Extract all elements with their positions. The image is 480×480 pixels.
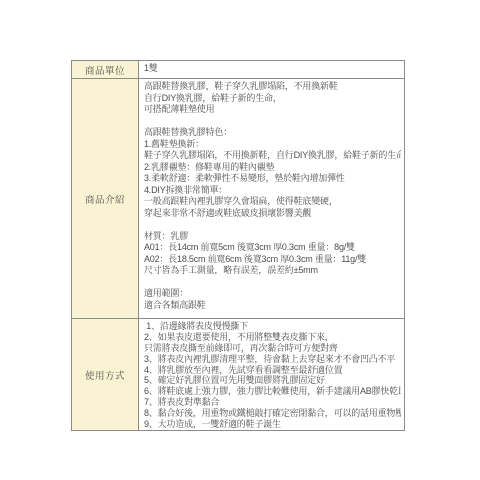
- row-value-product-intro: 高跟鞋替換乳膠，鞋子穿久乳膠塌陷，不用換新鞋自行DIY換乳膠，給鞋子新的生命，可…: [139, 79, 404, 318]
- text-line: [144, 219, 401, 231]
- text-line: 6、將鞋底處上強力膠，強力膠比較難使用，新手建議用AB膠快乾即可: [144, 386, 401, 397]
- text-line: 4、將乳膠放至內裡，先試穿看看調整至最舒適位置: [144, 365, 401, 376]
- text-line: A01：長14cm 前寬5cm 後寬3cm 厚0.3cm 重量：8g/雙: [144, 242, 401, 254]
- text-line: 尺寸皆為手工測量，略有誤差，誤差約±5mm: [144, 265, 401, 277]
- text-line: 自行DIY換乳膠，給鞋子新的生命，: [144, 93, 401, 105]
- text-line: 1、沿邊緣將表皮慢慢撕下: [144, 321, 401, 332]
- text-line: 5、確定好乳膠位置可先用雙面膠將乳膠固定好: [144, 375, 401, 386]
- text-line: [144, 116, 401, 128]
- text-line: 鞋子穿久乳膠塌陷，不用換新鞋，自行DIY換乳膠，給鞋子新的生命: [144, 150, 401, 162]
- text-line: 穿起來非常不舒適或鞋底破皮損壞影響美觀: [144, 208, 401, 220]
- text-line: 適合各類高跟鞋: [144, 300, 401, 312]
- text-line: 只需將表皮撕至前緣即可，再次黏合時可方便對齊: [144, 343, 401, 354]
- text-line: 1雙: [144, 62, 401, 75]
- text-line: [144, 277, 401, 289]
- text-line: 8、黏合好後，用重物或鐵槌敲打確定密閉黏合，可以的話用重物壓半天: [144, 408, 401, 419]
- text-line: 高跟鞋替換乳膠，鞋子穿久乳膠塌陷，不用換新鞋: [144, 81, 401, 93]
- row-header-product-unit: 商品單位: [72, 61, 139, 78]
- table-row-product-intro: 商品介紹 高跟鞋替換乳膠，鞋子穿久乳膠塌陷，不用換新鞋自行DIY換乳膠，給鞋子新…: [72, 78, 404, 318]
- text-line: 3.柔軟舒適：柔軟彈性不易變形，墊於鞋內增加彈性: [144, 173, 401, 185]
- row-value-usage-instructions: 1、沿邊緣將表皮慢慢撕下2、如果表皮還要使用，不用將整雙表皮撕下來，只需將表皮撕…: [139, 319, 404, 430]
- page: { "colors":{ "label_bg":"#faf3d3", "bord…: [0, 0, 480, 480]
- text-line: 9、大功造成，一雙舒適的鞋子誕生: [144, 419, 401, 430]
- text-line: A02：長18.5cm 前寬6cm 後寬3cm 厚0.3cm 重量：11g/雙: [144, 254, 401, 266]
- text-line: 2、如果表皮還要使用，不用將整雙表皮撕下來，: [144, 332, 401, 343]
- text-line: 可搭配薄鞋墊使用: [144, 104, 401, 116]
- table-row-product-unit: 商品單位 1雙: [72, 61, 404, 78]
- text-line: 高跟鞋替換乳膠特色：: [144, 127, 401, 139]
- text-line: 適用範圍：: [144, 288, 401, 300]
- text-line: 材質：乳膠: [144, 231, 401, 243]
- product-info-table: 商品單位 1雙 商品介紹 高跟鞋替換乳膠，鞋子穿久乳膠塌陷，不用換新鞋自行DIY…: [71, 60, 405, 431]
- row-header-product-intro: 商品介紹: [72, 79, 139, 318]
- row-header-usage-instructions: 使用方式: [72, 319, 139, 430]
- text-line: 3、將表皮內裡乳膠清理平整，待會黏上去穿起來才不會凹凸不平: [144, 354, 401, 365]
- text-line: 4.DIY拆換非常簡單：: [144, 185, 401, 197]
- text-line: 1.舊鞋墊換新：: [144, 139, 401, 151]
- table-row-usage-instructions: 使用方式 1、沿邊緣將表皮慢慢撕下2、如果表皮還要使用，不用將整雙表皮撕下來，只…: [72, 318, 404, 430]
- text-line: 一般高跟鞋內裡乳膠穿久會塌扁，使得鞋底變硬，: [144, 196, 401, 208]
- text-line: 7、將表皮對準黏合: [144, 397, 401, 408]
- row-value-product-unit: 1雙: [139, 61, 404, 78]
- text-line: 2.乳膠襯墊：修鞋專用的鞋內襯墊: [144, 162, 401, 174]
